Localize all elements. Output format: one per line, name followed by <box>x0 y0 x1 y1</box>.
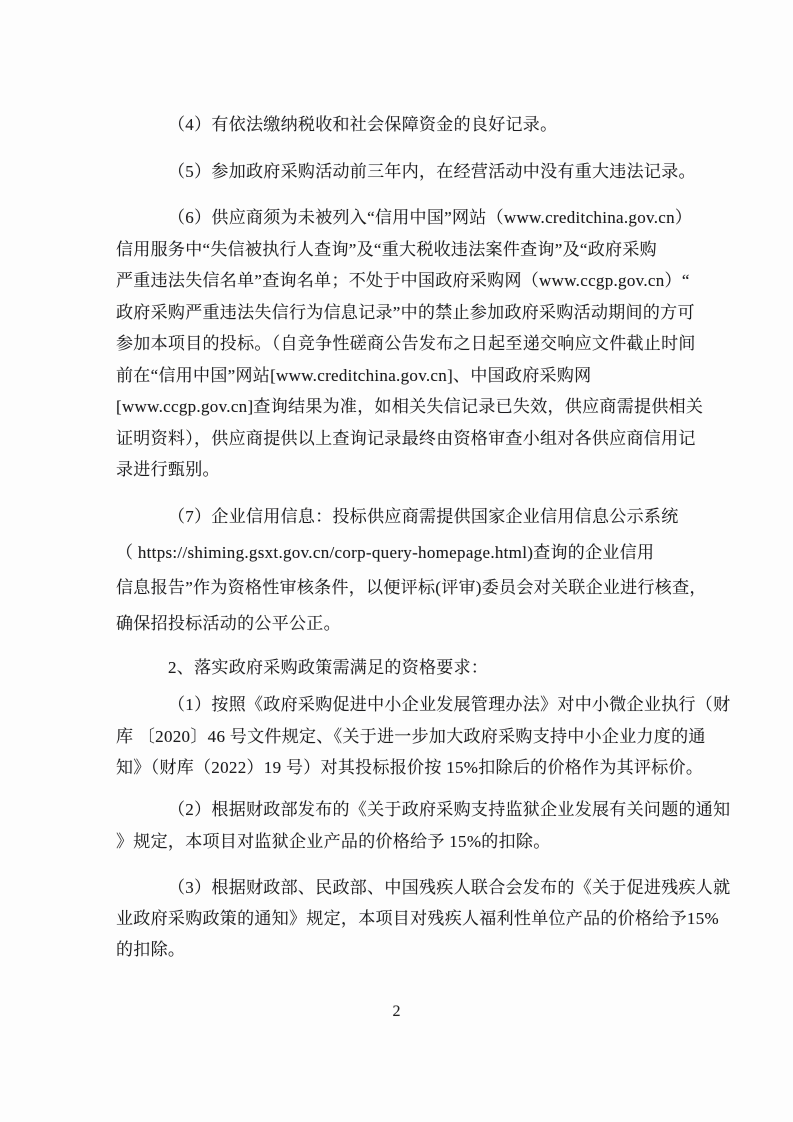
document-page: （4）有依法缴纳税收和社会保障资金的良好记录。 （5）参加政府采购活动前三年内，… <box>0 0 793 1122</box>
text-line: （6）供应商须为未被列入“信用中国”网站（www.creditchina.gov… <box>116 202 716 234</box>
text-line: 录进行甄别。 <box>116 454 716 486</box>
text-line: （3）根据财政部、民政部、中国残疾人联合会发布的《关于促进残疾人就 <box>116 872 716 903</box>
text-line: （7）企业信用信息：投标供应商需提供国家企业信用信息公示系统 <box>116 499 716 535</box>
paragraph-item-7: （7）企业信用信息：投标供应商需提供国家企业信用信息公示系统 （ https:/… <box>116 499 716 641</box>
text-line: 前在“信用中国”网站[www.creditchina.gov.cn]、中国政府采… <box>116 360 716 392</box>
paragraph-item-5: （5）参加政府采购活动前三年内，在经营活动中没有重大违法记录。 <box>116 156 716 188</box>
text-line: （1）按照《政府采购促进中小企业发展管理办法》对中小微企业执行（财 <box>116 689 716 721</box>
text-line: 的扣除。 <box>116 934 716 965</box>
text-line: 知》（财库（2022）19 号）对其投标报价按 15%扣除后的价格作为其评标价。 <box>116 752 716 784</box>
text-line: 库 〔2020〕46 号文件规定、《关于进一步加大政府采购支持中小企业力度的通 <box>116 721 716 753</box>
text-line: （ https://shiming.gsxt.gov.cn/corp-query… <box>116 535 716 571</box>
text-line: （4）有依法缴纳税收和社会保障资金的良好记录。 <box>116 109 716 141</box>
text-line: 证明资料），供应商提供以上查询记录最终由资格审查小组对各供应商信用记 <box>116 423 716 455</box>
text-line: 2、落实政府采购政策需满足的资格要求： <box>116 651 716 685</box>
text-line: （5）参加政府采购活动前三年内，在经营活动中没有重大违法记录。 <box>116 156 716 188</box>
text-line: 政府采购严重违法失信行为信息记录”中的禁止参加政府采购活动期间的方可 <box>116 297 716 329</box>
paragraph-item-4: （4）有依法缴纳税收和社会保障资金的良好记录。 <box>116 109 716 141</box>
paragraph-item-6: （6）供应商须为未被列入“信用中国”网站（www.creditchina.gov… <box>116 202 716 486</box>
text-line: 确保招投标活动的公平公正。 <box>116 606 716 642</box>
text-line: 严重违法失信名单”查询名单；不处于中国政府采购网（www.ccgp.gov.cn… <box>116 265 716 297</box>
page-number: 2 <box>0 1003 793 1021</box>
paragraph-item-2-3: （3）根据财政部、民政部、中国残疾人联合会发布的《关于促进残疾人就 业政府采购政… <box>116 872 716 965</box>
section-2-heading: 2、落实政府采购政策需满足的资格要求： <box>116 651 716 685</box>
text-line: 》规定，本项目对监狱企业产品的价格给予 15%的扣除。 <box>116 826 716 858</box>
text-line: [www.ccgp.gov.cn]查询结果为准，如相关失信记录已失效，供应商需提… <box>116 391 716 423</box>
text-line: 参加本项目的投标。（自竞争性磋商公告发布之日起至递交响应文件截止时间 <box>116 328 716 360</box>
text-line: 信用服务中“失信被执行人查询”及“重大税收违法案件查询”及“政府采购 <box>116 234 716 266</box>
text-line: （2）根据财政部发布的《关于政府采购支持监狱企业发展有关问题的通知 <box>116 794 716 826</box>
text-line: 信息报告”作为资格性审核条件，以便评标(评审)委员会对关联企业进行核查， <box>116 570 716 606</box>
paragraph-item-2-1: （1）按照《政府采购促进中小企业发展管理办法》对中小微企业执行（财 库 〔202… <box>116 689 716 784</box>
text-line: 业政府采购政策的通知》规定，本项目对残疾人福利性单位产品的价格给予15% <box>116 903 716 934</box>
paragraph-item-2-2: （2）根据财政部发布的《关于政府采购支持监狱企业发展有关问题的通知 》规定，本项… <box>116 794 716 858</box>
